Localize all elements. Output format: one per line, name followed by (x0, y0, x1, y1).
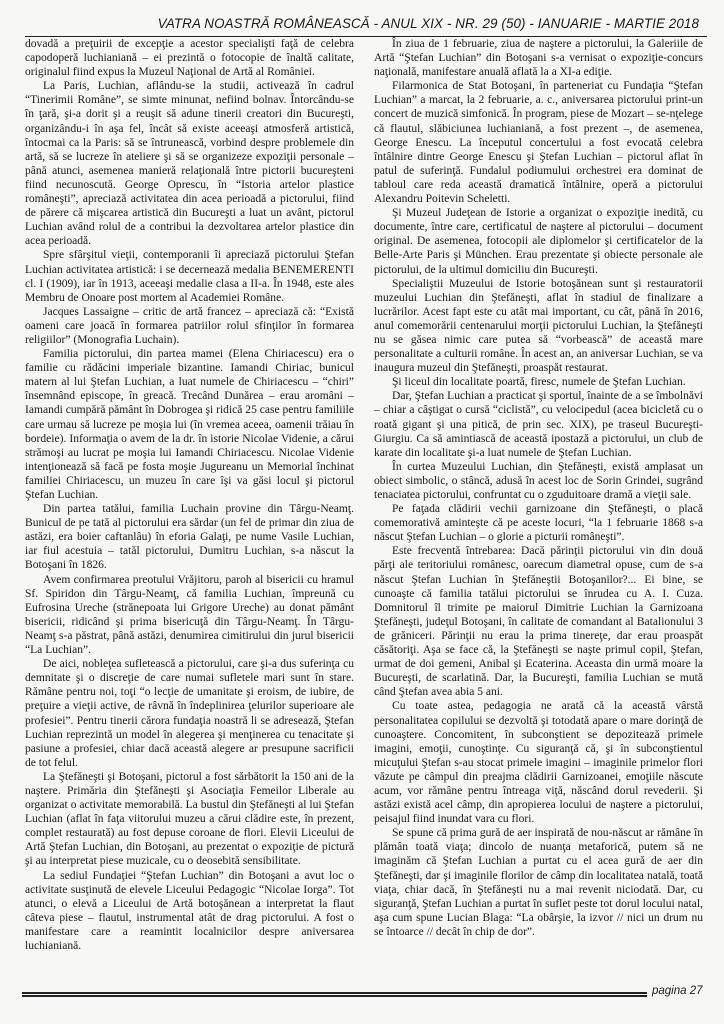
page-number: pagina 27 (652, 985, 703, 997)
paragraph: În ziua de 1 februarie, ziua de naştere … (374, 37, 703, 79)
paragraph: Se spune că prima gură de aer inspirată … (374, 826, 703, 939)
paragraph: Este frecventă întrebarea: Dacă părinţii… (374, 544, 703, 699)
publication-title: VATRA NOASTRĂ ROMÂNEASCĂ - ANUL XIX - NR… (158, 16, 699, 31)
footer-rule-thin (22, 992, 647, 994)
paragraph: Din partea tatălui, familia Luchain prov… (25, 502, 354, 572)
paragraph: Jacques Lassaigne – critic de artă franc… (25, 305, 354, 347)
footer-divider (22, 992, 647, 997)
running-header: VATRA NOASTRĂ ROMÂNEASCĂ - ANUL XIX - NR… (25, 14, 707, 37)
paragraph: Filarmonica de Stat Botoşani, în partene… (374, 79, 703, 206)
right-column: În ziua de 1 februarie, ziua de naştere … (374, 37, 703, 987)
paragraph: Avem confirmarea preotului Vrăjitoru, pa… (25, 573, 354, 658)
paragraph: Şi liceul din localitate poartă, firesc,… (374, 375, 703, 389)
paragraph: Cu toate astea, pedagogia ne arată că la… (374, 699, 703, 826)
paragraph: La Paris, Luchian, aflându-se la studii,… (25, 79, 354, 248)
paragraph: În curtea Muzeului Luchian, din Ştefăneş… (374, 460, 703, 502)
paragraph: Spre sfârşitul vieţii, contemporanii îi … (25, 248, 354, 304)
paragraph: La sediul Fundaţiei “Ştefan Luchian” din… (25, 869, 354, 954)
paragraph: Dar, Ştefan Luchian a practicat şi sport… (374, 389, 703, 459)
paragraph: De aici, nobleţea sufletească a pictorul… (25, 657, 354, 770)
paragraph: Şi Muzeul Judeţean de Istorie a organiza… (374, 206, 703, 276)
paragraph: La Ştefăneşti şi Botoşani, pictorul a fo… (25, 770, 354, 869)
paragraph: Specialiştii Muzeului de Istorie botoşăn… (374, 277, 703, 376)
footer-rule-thick (22, 995, 647, 997)
article-body: dovadă a preţuirii de excepţie a acestor… (25, 37, 703, 987)
left-column: dovadă a preţuirii de excepţie a acestor… (25, 37, 354, 987)
paragraph: Pe faţada clădirii vechii garnizoane din… (374, 502, 703, 544)
paragraph: Familia pictorului, din partea mamei (El… (25, 347, 354, 502)
paragraph: dovadă a preţuirii de excepţie a acestor… (25, 37, 354, 79)
